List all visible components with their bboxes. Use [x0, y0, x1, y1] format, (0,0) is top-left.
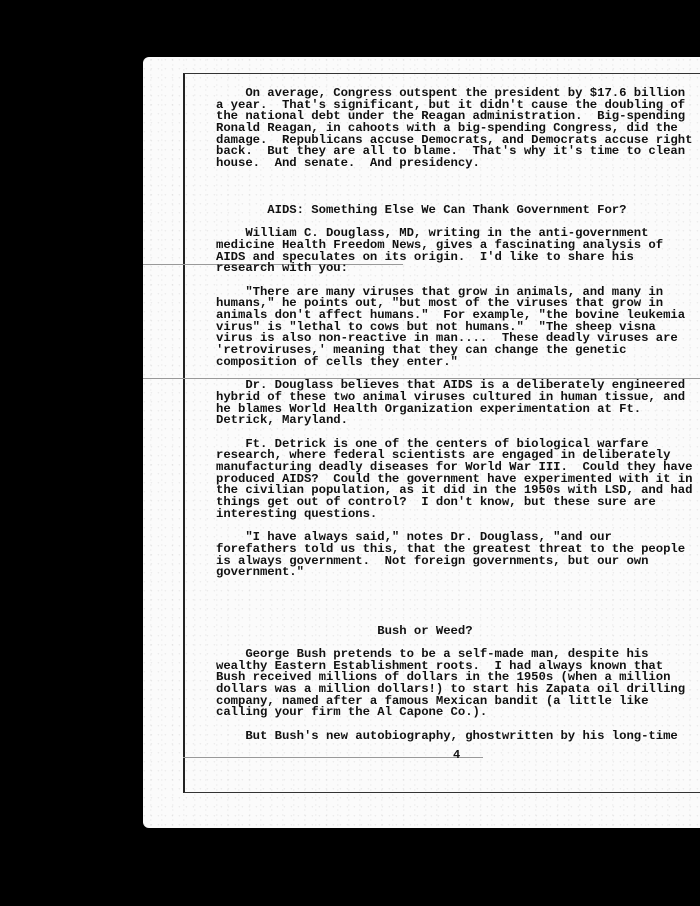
- text-line: research with you:: [216, 263, 696, 275]
- paragraph-gap: [216, 182, 696, 194]
- paragraph-gap: [216, 170, 696, 182]
- section-heading: Bush or Weed?: [216, 626, 696, 638]
- text-line: house. And senate. And presidency.: [216, 158, 696, 170]
- text-line: interesting questions.: [216, 509, 696, 521]
- paragraph: "I have always said," notes Dr. Douglass…: [216, 532, 696, 579]
- text-line: Detrick, Maryland.: [216, 415, 696, 427]
- paragraph: Ft. Detrick is one of the centers of bio…: [216, 439, 696, 521]
- paragraph-gap: [216, 602, 696, 614]
- paragraph: William C. Douglass, MD, writing in the …: [216, 228, 696, 275]
- paragraph-gap: [216, 591, 696, 603]
- paragraph: But Bush's new autobiography, ghostwritt…: [216, 731, 696, 743]
- section-heading: AIDS: Something Else We Can Thank Govern…: [216, 205, 696, 217]
- text-line: But Bush's new autobiography, ghostwritt…: [216, 731, 696, 743]
- text-line: government.": [216, 567, 696, 579]
- paragraph: On average, Congress outspent the presid…: [216, 88, 696, 170]
- text-line: composition of cells they enter.": [216, 357, 696, 369]
- footer-rule: [183, 757, 483, 758]
- paragraph: George Bush pretends to be a self-made m…: [216, 649, 696, 719]
- page-number: 4: [453, 748, 460, 762]
- document-body: On average, Congress outspent the presid…: [216, 88, 696, 743]
- paragraph: "There are many viruses that grow in ani…: [216, 287, 696, 369]
- text-line: calling your firm the Al Capone Co.).: [216, 707, 696, 719]
- paragraph-gap: [216, 579, 696, 591]
- paragraph: Dr. Douglass believes that AIDS is a del…: [216, 380, 696, 427]
